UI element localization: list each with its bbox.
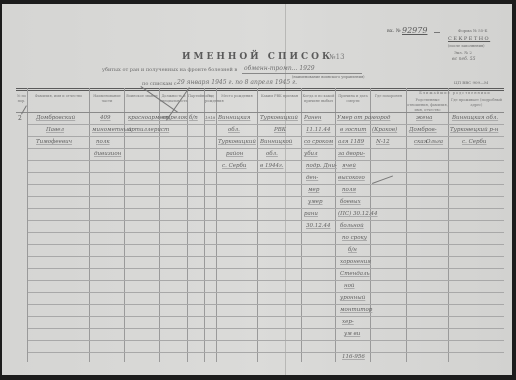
row-line — [28, 160, 504, 161]
rank-line: артиллерист — [128, 127, 169, 133]
cause-line: 116-956 — [342, 354, 365, 360]
cause-line: уронный — [340, 295, 365, 301]
address-line: Турковецкий р-н — [450, 127, 498, 133]
reason-line: ден- — [306, 175, 318, 181]
col-divider — [335, 88, 336, 362]
unit-line: 409 — [100, 115, 111, 121]
cause-line: ум ви — [344, 331, 360, 337]
cause-line: хоронения — [340, 259, 371, 265]
row-line — [28, 352, 504, 353]
cause-line: больной — [340, 223, 364, 229]
col-header-unit: Наименование части — [90, 94, 124, 104]
birthplace-line: Винницкая — [218, 115, 250, 121]
row-line — [28, 184, 504, 185]
reason-line: Ранен — [304, 115, 321, 121]
burial-line: N-12 — [376, 139, 390, 145]
row-line — [28, 172, 504, 173]
document-title: ИМЕННОЙ СПИСОК — [182, 52, 333, 62]
cause-line: в госпит — [340, 127, 366, 133]
form-reference: ЦП ВВС 909—М — [454, 80, 488, 85]
col-header-relative: Родственные отношения, фамилия, имя, отч… — [407, 98, 448, 113]
reason-line: умер — [308, 199, 323, 205]
dash — [434, 32, 440, 33]
draft-office-line: РВК — [274, 127, 286, 133]
incoming-number: 92979 — [402, 26, 427, 35]
reason-line: 30.12.44 — [306, 223, 331, 229]
relative-line: Ольга — [426, 139, 443, 145]
col-divider — [448, 88, 449, 362]
row-line — [28, 340, 504, 341]
birthplace-line: Турковицкий — [218, 139, 256, 145]
draft-office-line: обл. — [266, 151, 278, 157]
col-header-name: Фамилия, имя и отчество — [28, 94, 89, 99]
burial-line: (Краков) — [372, 127, 397, 133]
subtitle: убитых от ран и полученных на фронте бол… — [102, 67, 237, 73]
cause-line: аля 1189 — [338, 139, 364, 145]
cause-line: боевых — [340, 199, 361, 205]
check-mark — [21, 105, 27, 114]
reason-line: мер — [308, 187, 319, 193]
row-line — [28, 244, 504, 245]
col-header-birth-year: Год рождения — [205, 94, 216, 104]
col-divider — [187, 88, 188, 362]
address-line: Винницкая обл. — [452, 115, 498, 121]
row-line — [28, 292, 504, 293]
row-line — [28, 232, 504, 233]
birthplace-line: обл. — [228, 127, 240, 133]
col-divider — [370, 88, 371, 362]
unit-line: дивизион — [94, 151, 121, 157]
copy-label: Экз. № 2 — [454, 50, 472, 55]
row-line — [28, 328, 504, 329]
period-handwritten: 29 января 1945 г. по 8 апреля 1945 г. — [177, 79, 297, 86]
cause-line: б/н — [348, 247, 357, 253]
copy-handwritten: вс пеб. 55 — [452, 57, 475, 62]
reason-line: со сроком — [304, 139, 333, 145]
col-header-party: Партийность — [188, 94, 204, 99]
unit-line: минометный — [92, 127, 132, 133]
name-line: Тимофеевич — [36, 139, 72, 145]
col-divider — [204, 88, 205, 362]
cause-line: Стендаль — [340, 271, 370, 277]
unit-line: полк — [96, 139, 110, 145]
reason-line: рани — [304, 211, 318, 217]
secrecy-label: СЕКРЕТНО — [448, 36, 490, 42]
cause-line: по сроку — [342, 235, 367, 241]
col-divider — [406, 88, 407, 362]
col-divider — [257, 88, 258, 362]
period-prefix: по спискам с — [142, 81, 177, 87]
col-group-header-relatives: Ближайшие родственники — [406, 91, 504, 96]
row-line — [28, 148, 504, 149]
header-bottom-rule — [16, 112, 504, 113]
row-line — [28, 304, 504, 305]
cause-line: Умер от ран — [337, 115, 375, 121]
relative-line: жена — [416, 115, 432, 121]
col-header-address: Где проживает (подробный адрес) — [449, 98, 504, 108]
unit-handwritten: обменн-тромп... 1929 — [244, 65, 315, 72]
losses-table: № по пор. Фамилия, имя и отчество Наимен… — [16, 88, 506, 364]
cause-line: ной — [344, 283, 354, 289]
col-header-number: № по пор. — [16, 94, 27, 104]
party: б/п — [189, 115, 198, 121]
cause-line: высокого — [338, 175, 365, 181]
col-header-birthplace: Место рождения — [217, 94, 257, 99]
col-divider — [301, 88, 302, 362]
row-number: 2 — [18, 115, 22, 122]
form-label: Форма № 55-Б — [458, 28, 488, 33]
birthplace-line: с. Серби — [222, 163, 246, 169]
col-header-cause-date: Причина и дата смерти — [336, 94, 370, 104]
row-line — [28, 208, 504, 209]
row-line — [28, 268, 504, 269]
draft-office-line: в 1944г. — [260, 163, 283, 169]
draft-office-line: Винницкой — [260, 139, 292, 145]
row-line — [28, 124, 504, 125]
incoming-number-label: вх. № — [387, 28, 401, 34]
row-line — [28, 136, 504, 137]
col-header-burial: Где похоронен — [371, 94, 406, 99]
cause-line: за двори- — [338, 151, 365, 157]
cause-line: ячей — [342, 163, 356, 169]
col-header-draft-office: Каким РВК призван — [258, 94, 301, 99]
address-line: с. Серби — [462, 139, 486, 145]
row-line — [28, 316, 504, 317]
cause-line: хер- — [342, 319, 354, 325]
pen-stroke — [372, 175, 393, 183]
birth-year: 1918 — [205, 115, 215, 120]
unit-caption: (наименование воинского управления) — [292, 75, 365, 79]
copy-label-text: Экз. № — [454, 50, 468, 55]
cause-line: поля — [342, 187, 356, 193]
row-line — [28, 280, 504, 281]
name-line: Павел — [46, 127, 64, 133]
col-header-reason: Когда и по какой причине выбыл — [302, 94, 335, 104]
document-sheet: вх. № 92979 Форма № 55-Б СЕКРЕТНО (после… — [2, 4, 512, 375]
col-divider — [27, 88, 28, 362]
row-line — [28, 220, 504, 221]
reason-line: убил — [304, 151, 318, 157]
birthplace-line: район — [226, 151, 243, 157]
row-line — [28, 256, 504, 257]
col-divider — [216, 88, 217, 362]
secrecy-caption: (после заполнения) — [448, 44, 484, 48]
col-divider — [89, 88, 90, 362]
cause-line: (ПС) 30.12.44 — [338, 211, 378, 217]
draft-office-line: Турковицкий — [260, 115, 298, 121]
cause-line: монтитор — [340, 307, 372, 313]
reason-line: подр. Дни- — [306, 163, 337, 169]
reason-line: 11.11.44 — [306, 127, 331, 133]
row-line — [28, 196, 504, 197]
document-number: №13 — [329, 53, 345, 61]
burial-line: город — [374, 115, 390, 121]
underline — [242, 73, 362, 74]
copy-number: 2 — [469, 50, 472, 55]
relative-line: Домбров- — [409, 127, 437, 133]
name-line: Домбровский — [36, 115, 75, 121]
